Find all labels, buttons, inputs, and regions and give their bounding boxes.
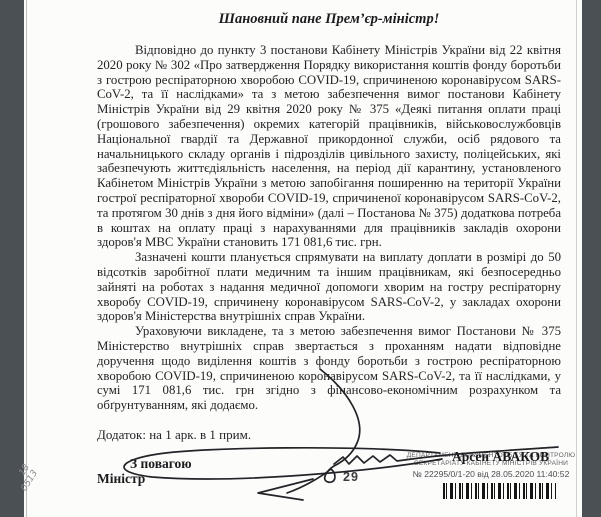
stamp-number-date-line: № 22295/0/1-20 від 28.05.2020 11:40:52: [406, 469, 576, 479]
letter-body: Шановний пане Прем’єр-міністр! Відповідн…: [97, 0, 561, 486]
body-paragraph-3: Ураховуючи викладене, та з метою забезпе…: [97, 324, 561, 413]
signer-name: Арсен АВАКОВ: [452, 449, 549, 465]
body-paragraph-2: Зазначені кошти планується спрямувати на…: [97, 250, 561, 324]
page-left-edge: [26, 0, 27, 517]
document-page: Шановний пане Прем’єр-міністр! Відповідн…: [24, 0, 582, 517]
page-number: 29: [343, 470, 359, 484]
page-right-edge: [576, 0, 577, 517]
attachment-line: Додаток: на 1 арк. в 1 прим.: [97, 427, 561, 442]
barcode: [443, 483, 556, 499]
salutation-heading: Шановний пане Прем’єр-міністр!: [97, 11, 561, 28]
body-paragraph-1: Відповідно до пункту 3 постанови Кабінет…: [97, 43, 561, 250]
